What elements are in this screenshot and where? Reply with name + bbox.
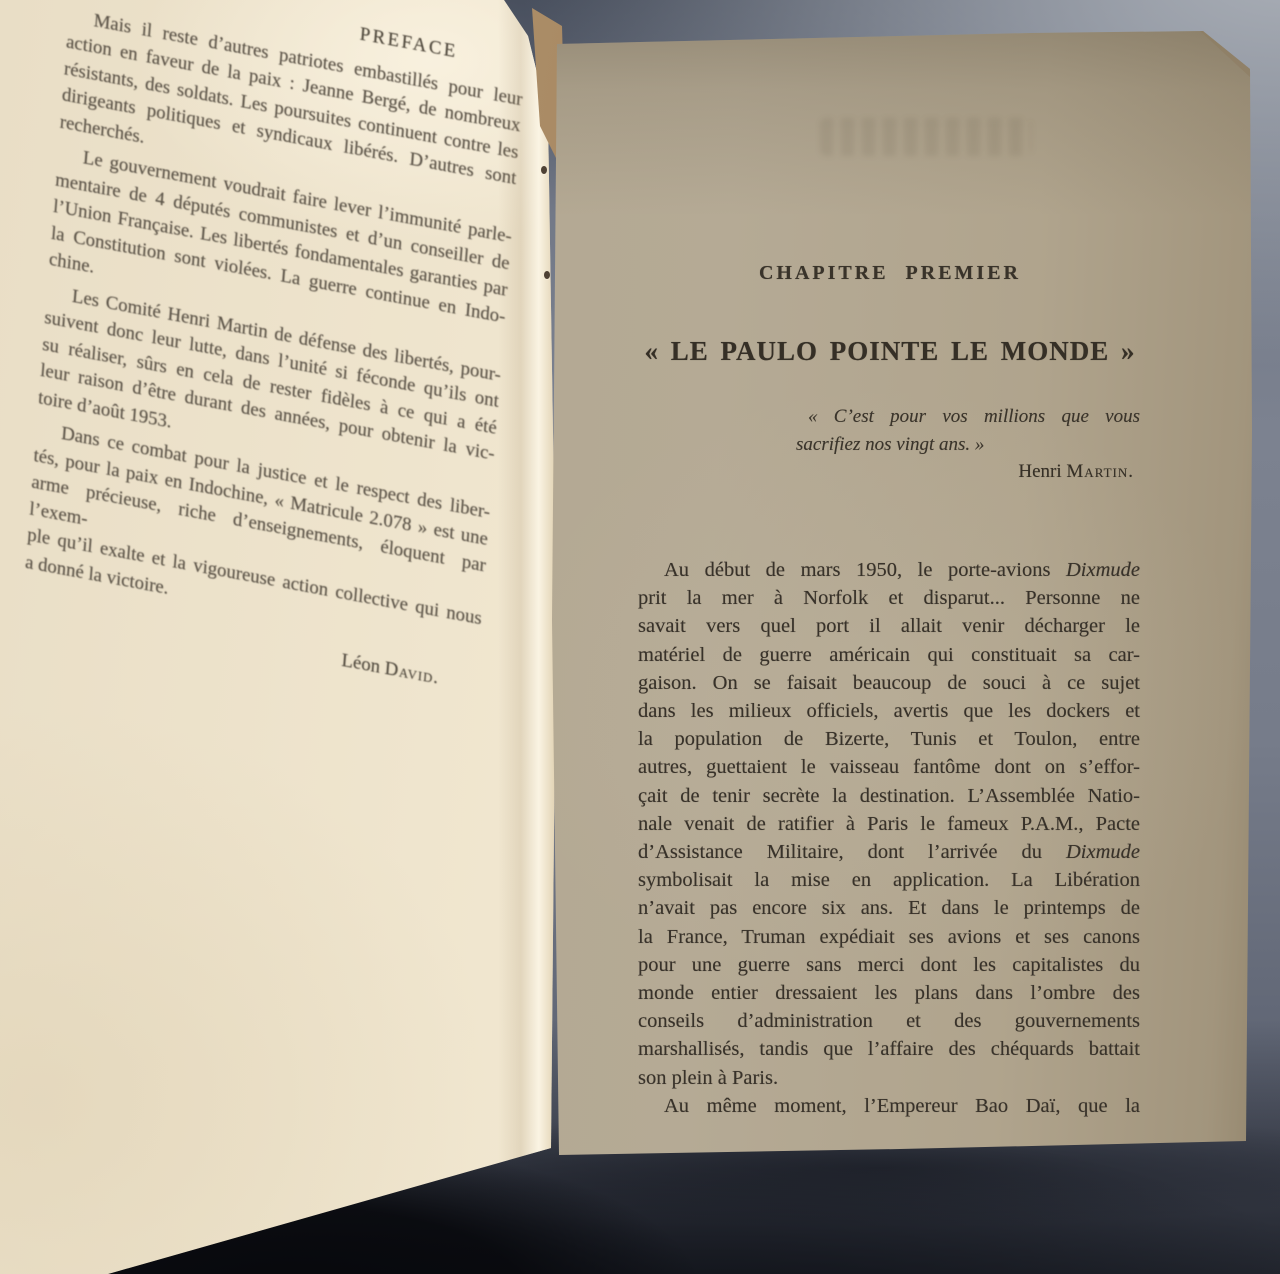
text-line: Au même moment, l’Empereur Bao Daï, que … — [638, 1092, 1140, 1120]
text-line: la population de Bizerte, Tunis et Toulo… — [638, 725, 1140, 753]
text-line: çait de tenir secrète la destination. L’… — [638, 782, 1140, 810]
epigraph-attribution: Henri Martin. — [796, 461, 1140, 483]
text-line: Au début de mars 1950, le porte-avions D… — [638, 556, 1140, 584]
open-book-photo: PREFACE Mais il reste d’autres patriotes… — [0, 0, 1280, 1274]
attribution-lastname: Martin. — [1066, 461, 1134, 482]
text-line: nale venait de ratifier à Paris le fameu… — [638, 810, 1140, 838]
text-line: « C’est pour vos millions que vous — [796, 403, 1140, 431]
text-line: d’Assistance Militaire, dont l’arrivée d… — [638, 838, 1140, 866]
text-line: son plein à Paris. — [638, 1064, 1140, 1092]
text-line: symbolisait la mise en application. La L… — [638, 866, 1140, 894]
attribution-firstname: Henri — [1018, 461, 1066, 482]
preface-text-block: PREFACE Mais il reste d’autres patriotes… — [21, 0, 526, 699]
sewing-hole — [544, 271, 550, 279]
text-line: gaison. On se faisait beaucoup de souci … — [638, 669, 1140, 697]
text-line: dans les milieux officiels, avertis que … — [638, 697, 1140, 725]
signature-lastname: David. — [384, 658, 440, 689]
text-line: pour une guerre sans merci dont les capi… — [638, 951, 1140, 979]
sewing-hole — [541, 166, 547, 174]
text-line: autres, guettaient le vaisseau fantôme d… — [638, 753, 1140, 781]
text-line: marshallisés, tandis que l’affaire des c… — [638, 1035, 1140, 1063]
text-line: la France, Truman expédiait ses avions e… — [638, 923, 1140, 951]
signature-firstname: Léon — [341, 650, 386, 679]
text-line: prit la mer à Norfolk et disparut... Per… — [638, 584, 1140, 612]
text-line: monde entier dressaient les plans dans l… — [638, 979, 1140, 1007]
chapter-body-text: Au début de mars 1950, le porte-avions D… — [638, 556, 1140, 1120]
chapter-title: « LE PAULO POINTE LE MONDE » — [598, 336, 1182, 367]
text-line: conseils d’administration et des gouvern… — [638, 1007, 1140, 1035]
text-line: n’avait pas encore six ans. Et dans le p… — [638, 894, 1140, 922]
text-line: matériel de guerre américain qui constit… — [638, 641, 1140, 669]
text-line: savait vers quel port il allait venir dé… — [638, 612, 1140, 640]
epigraph: « C’est pour vos millions que voussacrif… — [796, 403, 1140, 459]
chapter-heading: CHAPITRE PREMIER — [640, 262, 1140, 285]
text-line: sacrifiez nos vingt ans. » — [796, 431, 1140, 459]
show-through-text-smudge — [820, 118, 1032, 156]
preface-paragraphs: Mais il reste d’autres patriotes embasti… — [24, 3, 524, 665]
